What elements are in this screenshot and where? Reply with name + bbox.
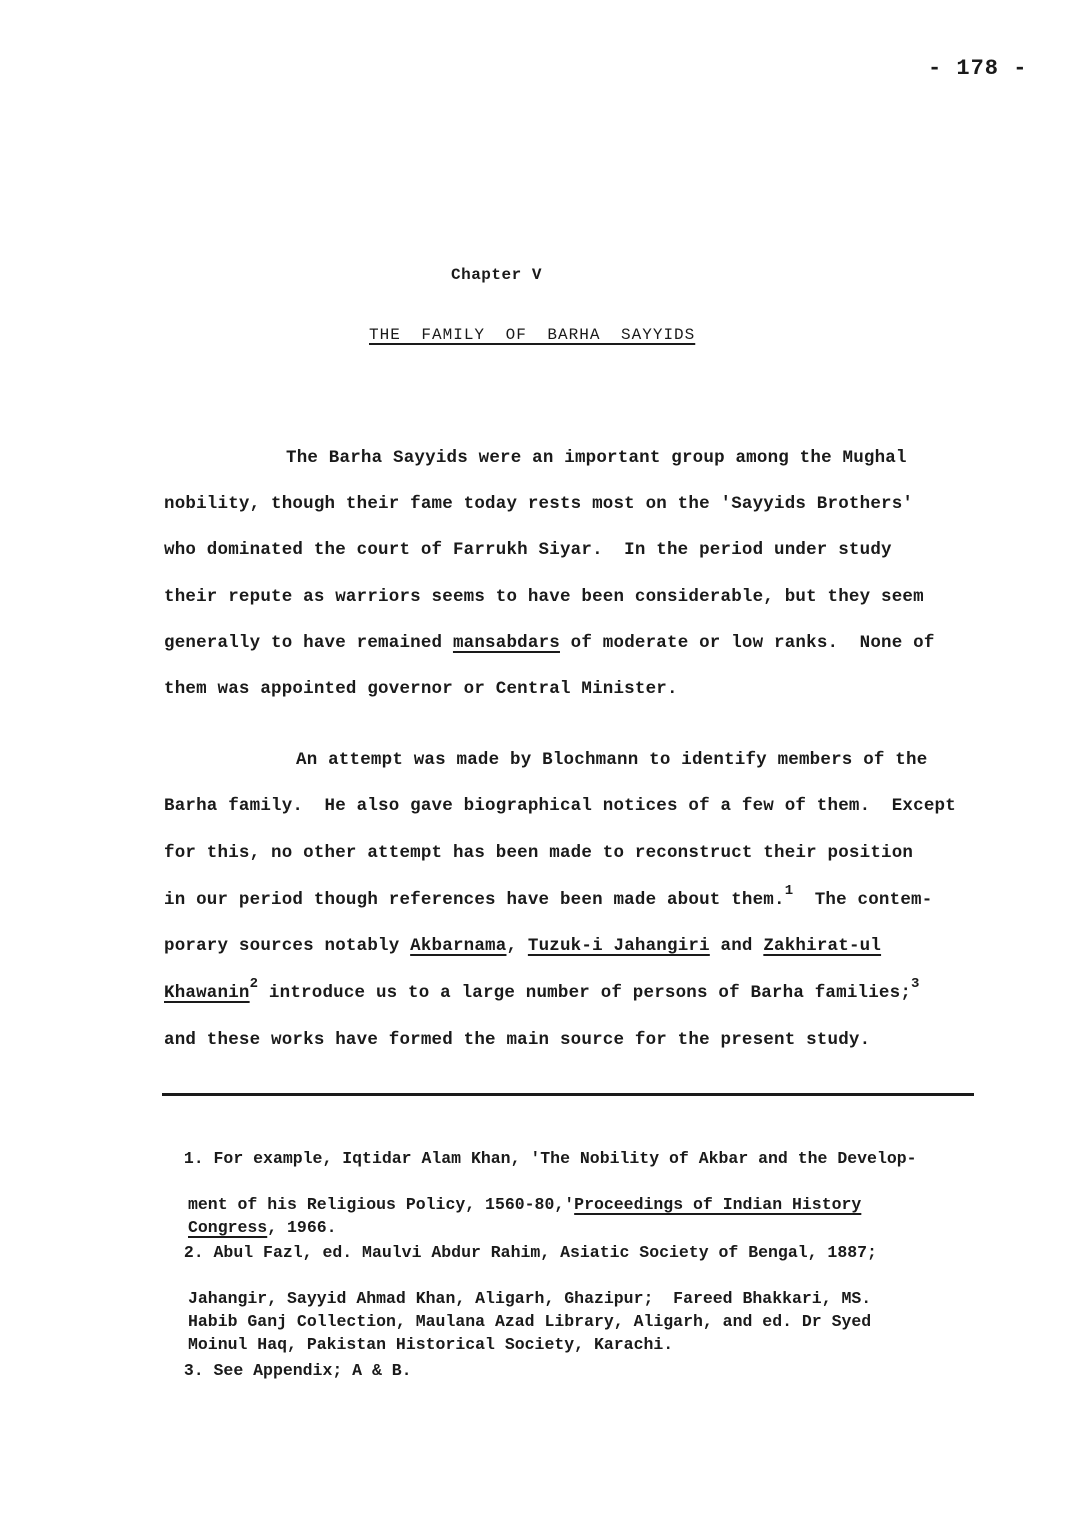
footnote-text: ment of his Religious Policy, 1560-80,'P… — [164, 1193, 917, 1216]
text-line: nobility, though their fame today rests … — [164, 494, 913, 514]
footnote-text: Jahangir, Sayyid Ahmad Khan, Aligarh, Gh… — [164, 1287, 877, 1310]
footnote-text: See Appendix; A & B. — [214, 1361, 412, 1380]
text-line: in our period though references have bee… — [164, 890, 932, 910]
footnote-text: Abul Fazl, ed. Maulvi Abdur Rahim, Asiat… — [214, 1243, 877, 1262]
chapter-label: Chapter V — [451, 266, 542, 284]
footnote-text: For example, Iqtidar Alam Khan, 'The Nob… — [214, 1149, 917, 1168]
text-span: in our period though references have bee… — [164, 890, 785, 910]
underlined-title: Tuzuk-i Jahangiri — [528, 936, 710, 956]
chapter-title: THE FAMILY OF BARHA SAYYIDS — [369, 326, 695, 344]
text-line: and these works have formed the main sou… — [164, 1030, 870, 1050]
underlined-title: Akbarnama — [410, 936, 506, 956]
text-line: Khawanin2 introduce us to a large number… — [164, 983, 920, 1003]
text-line: generally to have remained mansabdars of… — [164, 633, 935, 653]
text-line: An attempt was made by Blochmann to iden… — [296, 750, 927, 770]
page-number: - 178 - — [928, 56, 1027, 81]
text-line: for this, no other attempt has been made… — [164, 843, 913, 863]
underlined-term: mansabdars — [453, 633, 560, 653]
text-line: The Barha Sayyids were an important grou… — [286, 448, 907, 468]
footnote-3: 3. See Appendix; A & B. — [164, 1336, 412, 1382]
text-span: and — [710, 936, 764, 956]
underlined-title: Proceedings of Indian History — [574, 1195, 861, 1214]
footnote-number: 2. — [184, 1243, 204, 1262]
footnote-ref-2[interactable]: 2 — [250, 976, 259, 992]
footnote-text: Habib Ganj Collection, Maulana Azad Libr… — [164, 1310, 877, 1333]
text-line: them was appointed governor or Central M… — [164, 679, 678, 699]
underlined-title: Zakhirat-ul — [763, 936, 881, 956]
text-line: who dominated the court of Farrukh Siyar… — [164, 540, 892, 560]
footnote-number: 3. — [184, 1361, 204, 1380]
text-span: The contem- — [793, 890, 932, 910]
text-line: porary sources notably Akbarnama, Tuzuk-… — [164, 936, 881, 956]
text-span: ment of his Religious Policy, 1560-80,' — [188, 1195, 574, 1214]
text-span: porary sources notably — [164, 936, 410, 956]
text-span: generally to have remained — [164, 633, 453, 653]
text-span: of moderate or low ranks. None of — [560, 633, 935, 653]
text-span: introduce us to a large number of person… — [258, 983, 911, 1003]
text-span: , — [506, 936, 527, 956]
footnote-divider — [162, 1093, 974, 1096]
text-line: their repute as warriors seems to have b… — [164, 587, 924, 607]
footnote-number: 1. — [184, 1149, 204, 1168]
underlined-title: Khawanin — [164, 983, 250, 1003]
footnote-ref-3[interactable]: 3 — [911, 976, 920, 992]
text-line: Barha family. He also gave biographical … — [164, 796, 956, 816]
